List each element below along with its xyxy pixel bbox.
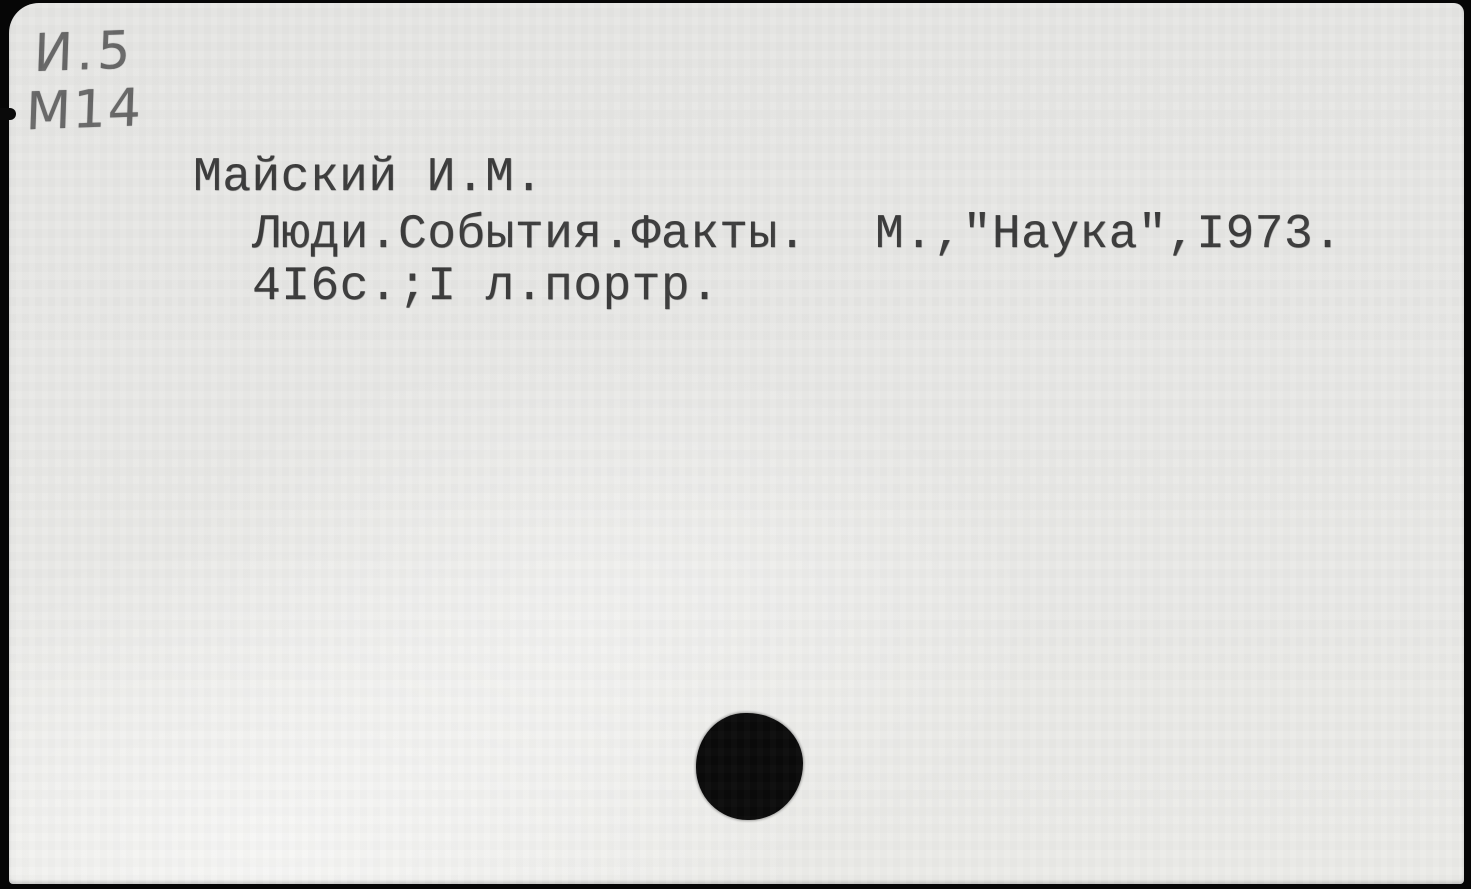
hole-punch-dot [696, 713, 803, 820]
imprint-publisher-year: М.,"Наука",I973. [875, 211, 1342, 259]
call-number: И.5 М14 [31, 21, 146, 141]
call-number-classification: И.5 [33, 21, 146, 83]
title-text: Люди.События.Факты. [252, 211, 807, 259]
author-heading: Майский И.М. [193, 154, 543, 202]
collation-pagination: 4I6с.;I л.портр. [252, 263, 719, 311]
catalog-card: И.5 М14 Майский И.М. Люди.События.Факты.… [9, 3, 1464, 884]
call-number-author-mark: М14 [25, 79, 144, 141]
scan-edge-nick [0, 108, 16, 120]
scan-backing: И.5 М14 Майский И.М. Люди.События.Факты.… [0, 0, 1471, 889]
